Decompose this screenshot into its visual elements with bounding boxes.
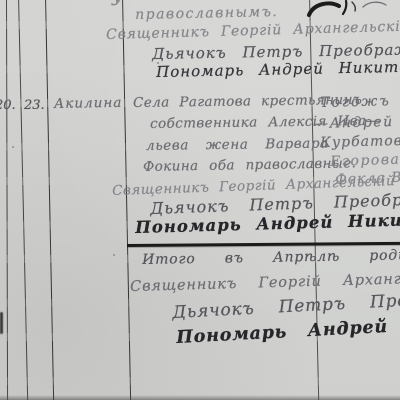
prev-record-sexton-signature: Пономарь Андрей Никитскій [156, 59, 400, 80]
prev-record-orthodox-line: православнымъ. [135, 5, 278, 22]
summary-total-line: Итого въ Апрѣлѣ родилось [142, 248, 400, 267]
record-godparents-line-2: —Андрей [314, 115, 394, 131]
record-child-name: Акилина [54, 97, 122, 112]
record-number-second: 23. [24, 99, 45, 112]
scan-bottom-shadow [0, 395, 400, 400]
paper-speck [157, 62, 159, 64]
ink-fragment-top-small [362, 0, 388, 9]
record-parents-line-4: Фокина оба православные. [143, 157, 356, 174]
record-godparents-line-1: Тогожъ [320, 94, 391, 110]
metrical-book-scan: у православнымъ. Священникъ Георгій Арха… [0, 0, 400, 400]
prev-record-priest-signature: Священникъ Георгій Архангельскій. [106, 19, 400, 42]
table-rule-horizontal [127, 242, 400, 247]
record-godparents-line-4: Егорова [330, 153, 400, 169]
paper-speck [12, 146, 14, 148]
table-rule-vertical-1 [6, 0, 8, 400]
record-number-first: 20. [0, 99, 16, 112]
ink-fragment-top-right [306, 0, 358, 17]
ink-fragment-top-left: у [112, 0, 123, 5]
left-edge-ink-smudge [0, 312, 3, 334]
paper-speck [113, 254, 115, 256]
table-rule-vertical-4 [122, 0, 131, 400]
table-rule-vertical-2 [18, 0, 28, 400]
table-rule-vertical-3 [45, 0, 54, 400]
summary-priest-signature: Священникъ Георгій Архангельскій [130, 271, 400, 295]
record-godparents-line-3: Курбатовъ [320, 134, 400, 150]
record-parents-line-3: льева жена Варвара [146, 137, 329, 153]
